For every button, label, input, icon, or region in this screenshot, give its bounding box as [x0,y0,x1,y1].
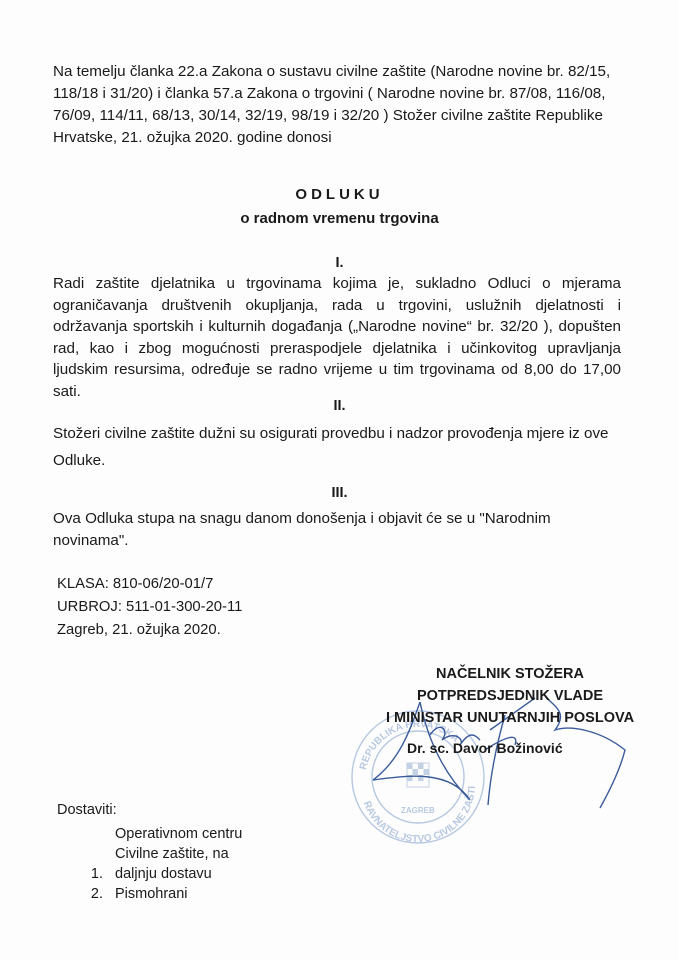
delivery-item-1: Operativnom centru Civilne zaštite, na d… [107,824,265,884]
section-number-1: I. [0,255,679,271]
preamble-text: Na temelju članka 22.a Zakona o sustavu … [53,61,623,149]
delivery-label: Dostaviti: [57,800,265,820]
delivery-item-2: Pismohrani [107,884,265,904]
signatory-title-2: POTPREDSJEDNIK VLADE [360,685,660,707]
document-meta: KLASA: 810-06/20-01/7 URBROJ: 511-01-300… [57,573,242,642]
document-subtitle: o radnom vremenu trgovina [0,210,679,227]
delivery-block: Dostaviti: Operativnom centru Civilne za… [57,800,265,904]
delivery-list: Operativnom centru Civilne zaštite, na d… [57,824,265,904]
section-text-1: Radi zaštite djelatnika u trgovinama koj… [53,273,621,403]
section-number-3: III. [0,485,679,501]
section-number-2: II. [0,398,679,414]
place-date: Zagreb, 21. ožujka 2020. [57,619,242,642]
klasa: KLASA: 810-06/20-01/7 [57,573,242,596]
section-text-3: Ova Odluka stupa na snagu danom donošenj… [53,508,621,551]
urbroj: URBROJ: 511-01-300-20-11 [57,596,242,619]
signatory-name: Dr. sc. Davor Božinović [407,740,563,756]
signatory-title-3: I MINISTAR UNUTARNJIH POSLOVA [360,707,660,729]
section-text-2: Stožeri civilne zaštite dužni su osigura… [53,420,621,474]
signatory-block: NAČELNIK STOŽERA POTPREDSJEDNIK VLADE I … [360,663,660,729]
signatory-title-1: NAČELNIK STOŽERA [360,663,660,685]
document-page: Na temelju članka 22.a Zakona o sustavu … [0,0,679,960]
document-title: ODLUKU [0,186,679,203]
